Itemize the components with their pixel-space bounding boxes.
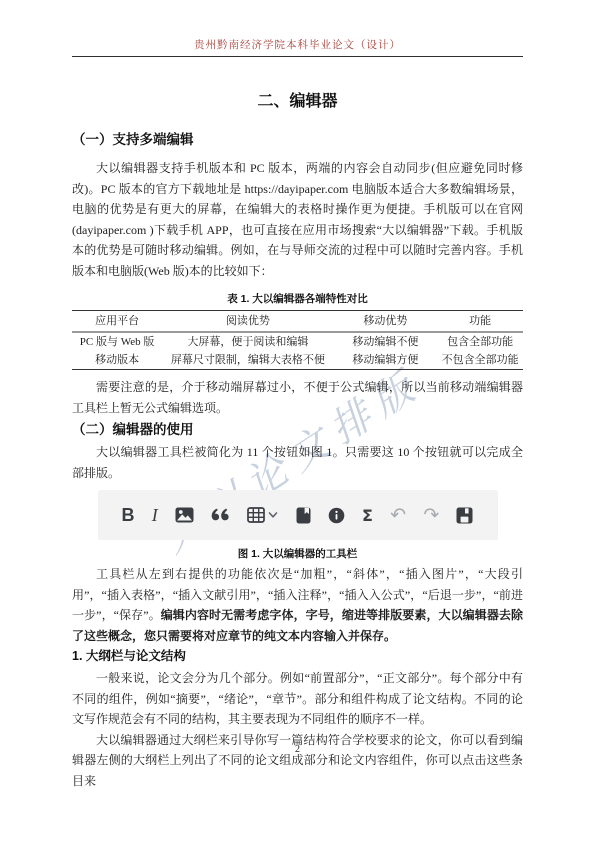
italic-icon: I: [152, 505, 158, 526]
table-row: PC 版与 Web 版 大屏幕，便于阅读和编辑 移动编辑不便 包含全部功能: [72, 332, 523, 351]
running-header: 贵州黔南经济学院本科毕业论文（设计）: [72, 0, 523, 57]
editor-toolbar-screenshot: B I: [98, 490, 498, 540]
table-row: 移动版本 屏幕尺寸限制，编辑大表格不便 移动编辑方便 不包含全部功能: [72, 351, 523, 370]
platform-comparison-table: 应用平台 阅读优势 移动优势 功能 PC 版与 Web 版 大屏幕，便于阅读和编…: [72, 310, 523, 370]
blockquote-icon: [211, 508, 230, 522]
undo-icon: ↶: [390, 506, 406, 525]
cell-platform: PC 版与 Web 版: [72, 332, 162, 351]
section-1-paragraph-2: 需要注意的是，介于移动端屏幕过小，不便于公式编辑，所以当前移动端编辑器工具栏上暂…: [72, 377, 523, 418]
page-number: 2: [0, 744, 595, 755]
section-2-paragraph-2: 工具栏从左到右提供的功能依次是“加粗”，“斜体”，“插入图片”，“大段引用”，“…: [72, 564, 523, 646]
chevron-down-icon: [268, 511, 278, 519]
subsection-1-paragraph-1: 一般来说，论文会分为几个部分。例如“前置部分”，“正文部分”。每个部分中有不同的…: [72, 668, 523, 730]
subsection-1-paragraph-2: 大以编辑器通过大纲栏来引导你写一篇结构符合学校要求的论文，你可以看到编辑器左侧的…: [72, 730, 523, 792]
insert-citation-icon: [296, 507, 311, 524]
header-title: 贵州黔南经济学院本科毕业论文（设计）: [72, 37, 523, 52]
cell-mobility: 移动编辑不便: [334, 332, 438, 351]
document-body: 二、编辑器 （一）支持多端编辑 大以编辑器支持手机版本和 PC 版本，两端的内容…: [72, 91, 523, 791]
cell-reading: 屏幕尺寸限制，编辑大表格不便: [162, 351, 333, 370]
col-header-function: 功能: [437, 311, 523, 333]
insert-image-icon: [175, 507, 194, 523]
figure-1: B I: [72, 490, 523, 561]
insert-footnote-icon: [328, 507, 345, 524]
cell-mobility: 移动编辑方便: [334, 351, 438, 370]
section-2-heading: （二）编辑器的使用: [72, 421, 523, 439]
insert-formula-icon: Σ: [362, 506, 373, 525]
section-1-heading: （一）支持多端编辑: [72, 131, 523, 149]
insert-table-icon: [247, 507, 278, 523]
cell-platform: 移动版本: [72, 351, 162, 370]
table-caption: 表 1. 大以编辑器各端特性对比: [72, 291, 523, 306]
cell-function: 不包含全部功能: [437, 351, 523, 370]
section-2-paragraph-1: 大以编辑器工具栏被简化为 11 个按钮如图 1。只需要这 10 个按钮就可以完成…: [72, 442, 523, 483]
col-header-reading: 阅读优势: [162, 311, 333, 333]
document-page: 大以论文排版 贵州黔南经济学院本科毕业论文（设计） 二、编辑器 （一）支持多端编…: [0, 0, 595, 842]
cell-function: 包含全部功能: [437, 332, 523, 351]
col-header-platform: 应用平台: [72, 311, 162, 333]
redo-icon: ↷: [423, 506, 439, 525]
save-icon: [456, 507, 473, 524]
col-header-mobility: 移动优势: [334, 311, 438, 333]
chapter-title: 二、编辑器: [72, 91, 523, 113]
bold-icon: B: [122, 505, 135, 526]
section-1-paragraph-1: 大以编辑器支持手机版本和 PC 版本，两端的内容会自动同步(但应避免同时修改)。…: [72, 158, 523, 281]
subsection-1-heading: 1. 大纲栏与论文结构: [72, 648, 523, 665]
table-header-row: 应用平台 阅读优势 移动优势 功能: [72, 311, 523, 333]
figure-caption: 图 1. 大以编辑器的工具栏: [72, 546, 523, 561]
cell-reading: 大屏幕，便于阅读和编辑: [162, 332, 333, 351]
